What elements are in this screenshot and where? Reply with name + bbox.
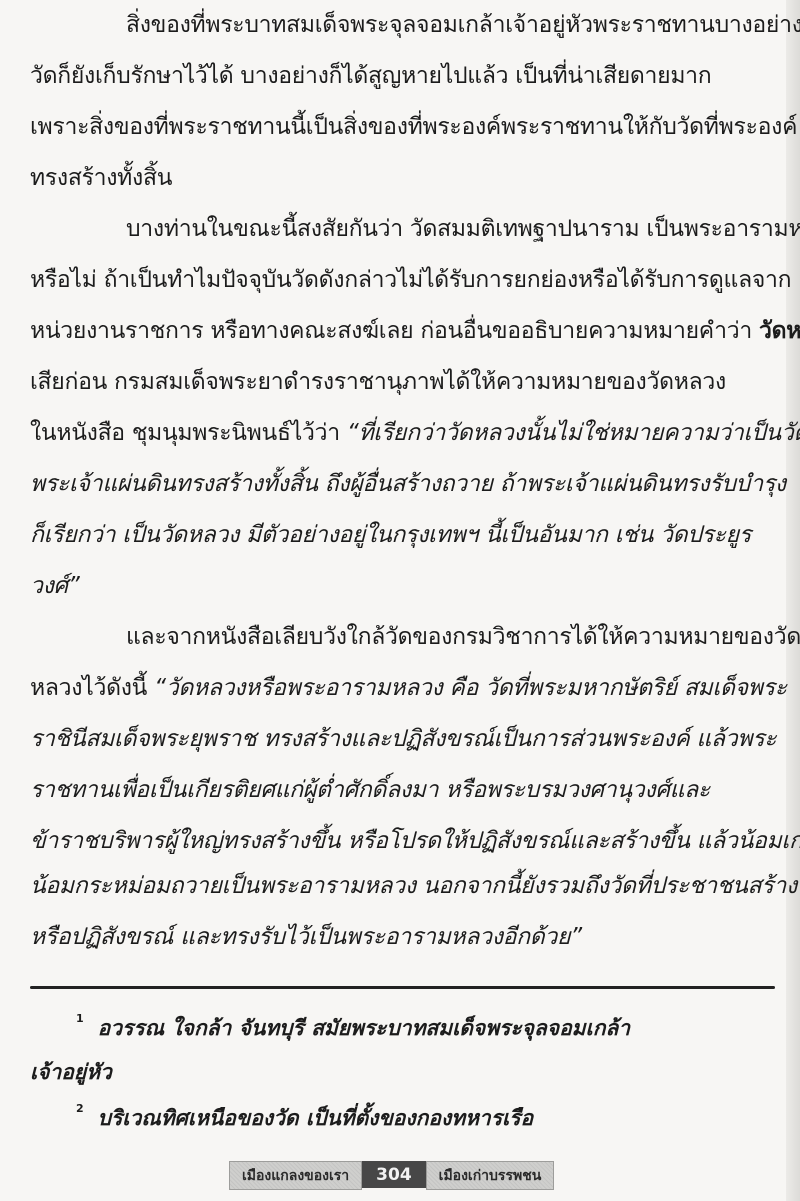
quote-line: พระเจ้าแผ่นดินทรงสร้างทั้งสิ้น ถึงผู้อื่…: [30, 467, 786, 501]
text-line-with-term: หน่วยงานราชการ หรือทางคณะสงฆ์เลย ก่อนอื่…: [30, 314, 800, 348]
footnote-number: 2: [76, 1102, 84, 1115]
page-number: 304: [362, 1161, 426, 1188]
quote-line: น้อมกระหม่อมถวายเป็นพระอารามหลวง นอกจากน…: [30, 869, 797, 903]
quote-line: หรือปฏิสังขรณ์ และทรงรับไว้เป็นพระอารามห…: [30, 920, 582, 954]
text-line: บางท่านในขณะนี้สงสัยกันว่า วัดสมมติเทพฐา…: [126, 212, 800, 246]
text-line: หรือไม่ ถ้าเป็นทำไมปัจจุบันวัดดังกล่าวไม…: [30, 263, 791, 297]
quote-line: ราชินีสมเด็จพระยุพราช ทรงสร้างและปฏิสังข…: [30, 722, 776, 756]
quote-line: ข้าราชบริพารผู้ใหญ่ทรงสร้างขึ้น หรือโปรด…: [30, 824, 800, 858]
quote-line: วงศ์”: [30, 569, 79, 603]
text-segment: ในหนังสือ ชุมนุมพระนิพนธ์ไว้ว่า: [30, 420, 347, 446]
text-line: สิ่งของที่พระบาทสมเด็จพระจุลจอมเกล้าเจ้า…: [126, 8, 800, 42]
footnote-1-continued: เจ้าอยู่หัว: [30, 1056, 112, 1089]
footnote-text: อวรรณ ใจกล้า จันทบุรี สมัยพระบาทสมเด็จพร…: [98, 1016, 630, 1040]
quote-line: ก็เรียกว่า เป็นวัดหลวง มีตัวอย่างอยู่ในก…: [30, 518, 751, 552]
footer-book-title: เมืองแกลงของเรา: [229, 1161, 362, 1190]
quote-segment: “ที่เรียกว่าวัดหลวงนั้นไม่ใช่หมายความว่า…: [347, 420, 800, 446]
text-segment: หลวงไว้ดังนี้: [30, 675, 154, 701]
text-line: เสียก่อน กรมสมเด็จพระยาดำรงราชานุภาพได้ใ…: [30, 365, 726, 399]
text-line: วัดก็ยังเก็บรักษาไว้ได้ บางอย่างก็ได้สูญ…: [30, 59, 711, 93]
footer-chapter-title: เมืองเก่าบรรพชน: [426, 1161, 555, 1190]
quote-segment: “วัดหลวงหรือพระอารามหลวง คือ วัดที่พระมห…: [154, 675, 787, 701]
text-line-with-quote: หลวงไว้ดังนี้ “วัดหลวงหรือพระอารามหลวง ค…: [30, 671, 787, 705]
page-footer: เมืองแกลงของเรา 304 เมืองเก่าบรรพชน: [229, 1161, 554, 1188]
quote-line: ราชทานเพื่อเป็นเกียรติยศแก่ผู้ต่ำศักดิ์ล…: [30, 773, 710, 807]
footnote-divider: [30, 986, 775, 989]
text-line-with-quote: ในหนังสือ ชุมนุมพระนิพนธ์ไว้ว่า “ที่เรีย…: [30, 416, 800, 450]
bold-term: วัดหลวง: [759, 318, 800, 344]
text-line: และจากหนังสือเลียบวังใกล้วัดของกรมวิชากา…: [126, 620, 800, 654]
text-line: ทรงสร้างทั้งสิ้น: [30, 161, 172, 195]
footnote-2: 2บริเวณทิศเหนือของวัด เป็นที่ตั้งของกองท…: [76, 1102, 533, 1135]
page-edge: [786, 0, 800, 1201]
footnote-text: บริเวณทิศเหนือของวัด เป็นที่ตั้งของกองทห…: [98, 1106, 533, 1130]
text-segment: หน่วยงานราชการ หรือทางคณะสงฆ์เลย ก่อนอื่…: [30, 318, 759, 344]
text-line: เพราะสิ่งของที่พระราชทานนี้เป็นสิ่งของที…: [30, 110, 797, 144]
footnote-1: 1อวรรณ ใจกล้า จันทบุรี สมัยพระบาทสมเด็จพ…: [76, 1012, 630, 1045]
footnote-number: 1: [76, 1012, 84, 1025]
